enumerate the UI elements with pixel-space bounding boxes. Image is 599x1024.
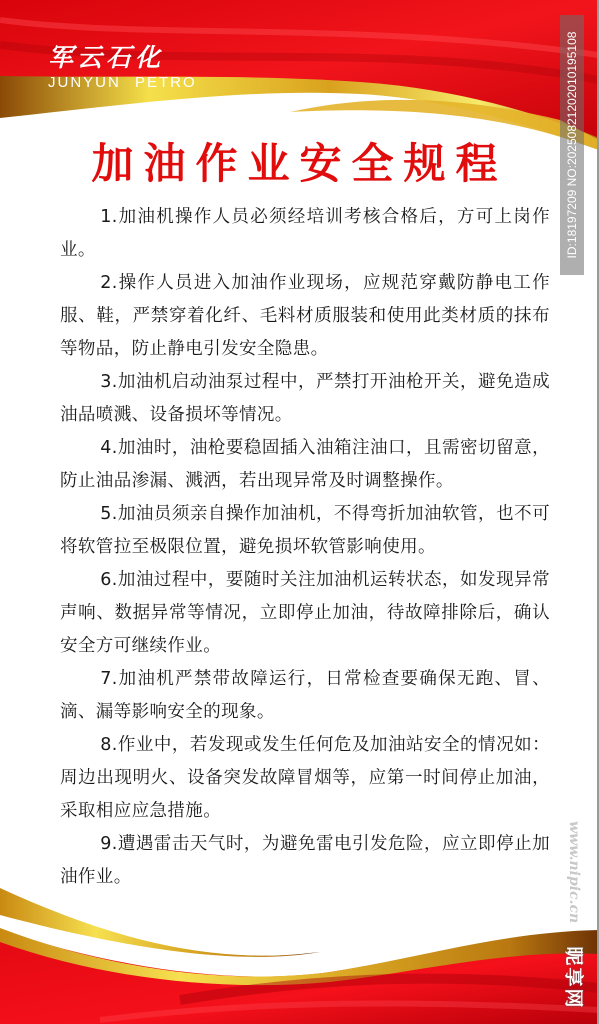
rule-item: 6.加油过程中，要随时关注加油机运转状态，如发现异常声响、数据异常等情况，立即停… bbox=[60, 564, 550, 663]
safety-poster: 军云石化 JUNYUN PETRO 加油作业安全规程 1.加油机操作人员必须经培… bbox=[0, 0, 599, 1024]
logo-english: JUNYUN PETRO bbox=[48, 74, 197, 91]
page-title: 加油作业安全规程 bbox=[0, 136, 599, 192]
company-logo: 军云石化 JUNYUN PETRO bbox=[48, 44, 197, 91]
rule-item: 2.操作人员进入加油作业现场，应规范穿戴防静电工作服、鞋，严禁穿着化纤、毛料材质… bbox=[60, 267, 550, 366]
logo-chinese: 军云石化 bbox=[48, 44, 197, 72]
site-watermark: www.nipic.cn bbox=[564, 812, 584, 932]
site-watermark-text: www.nipic.cn bbox=[566, 821, 582, 923]
rule-item: 8.作业中，若发现或发生任何危及加油站安全的情况如：周边出现明火、设备突发故障冒… bbox=[60, 729, 550, 828]
bottom-banner-wave bbox=[0, 860, 599, 1024]
rule-item: 7.加油机严禁带故障运行，日常检查要确保无跑、冒、滴、漏等影响安全的现象。 bbox=[60, 663, 550, 729]
rule-item: 3.加油机启动油泵过程中，严禁打开油枪开关，避免造成油品喷溅、设备损坏等情况。 bbox=[60, 366, 550, 432]
rule-item: 1.加油机操作人员必须经培训考核合格后，方可上岗作业。 bbox=[60, 201, 550, 267]
brand-watermark-text: 昵享网 bbox=[562, 946, 589, 1009]
rule-item: 4.加油时，油枪要稳固插入油箱注油口，且需密切留意，防止油品渗漏、溅洒，若出现异… bbox=[60, 432, 550, 498]
id-watermark: ID:18197209 NO:20250821202010195108 bbox=[560, 15, 584, 275]
rules-list: 1.加油机操作人员必须经培训考核合格后，方可上岗作业。 2.操作人员进入加油作业… bbox=[60, 201, 550, 894]
brand-watermark: 昵享网 bbox=[563, 935, 587, 1021]
rule-item: 5.加油员须亲自操作加油机，不得弯折加油软管，也不可将软管拉至极限位置，避免损坏… bbox=[60, 498, 550, 564]
id-watermark-text: ID:18197209 NO:20250821202010195108 bbox=[565, 32, 579, 259]
